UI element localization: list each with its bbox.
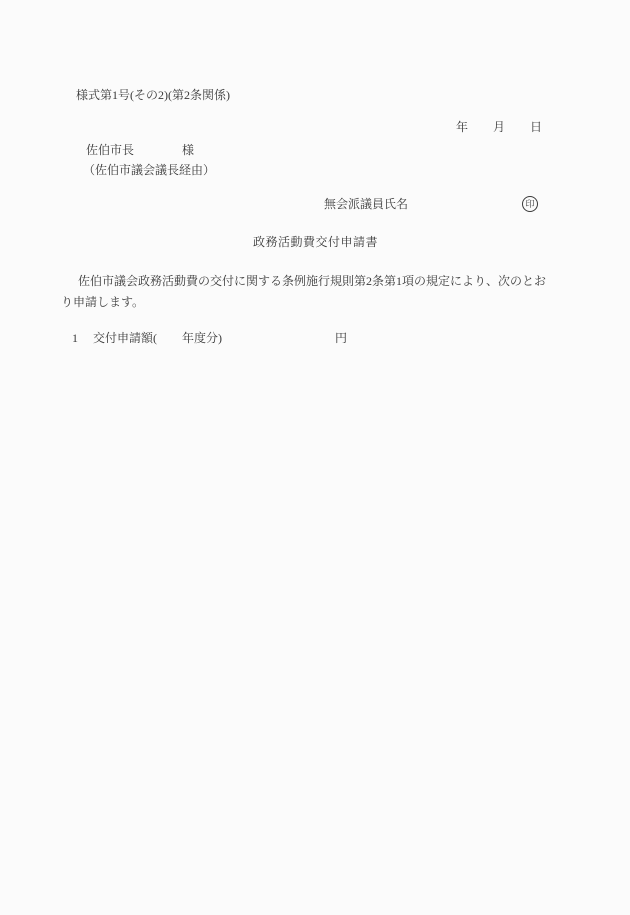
date-line: 年 月 日 xyxy=(456,120,542,134)
addressee-line: 佐伯市長 様 xyxy=(86,143,194,157)
year-label: 年 xyxy=(456,120,468,134)
body-line: 佐伯市議会政務活動費の交付に関する条例施行規則第2条第1項の規定により、次のとお xyxy=(78,274,546,288)
addressee-honorific: 様 xyxy=(182,143,194,157)
item1-year-label: 年度分) xyxy=(182,331,222,345)
seal-character: 印 xyxy=(525,200,534,209)
item1-unit: 円 xyxy=(335,331,347,345)
document-page: 様式第1号(その2)(第2条関係) 年 月 日 佐伯市長 様 （佐伯市議会議長経… xyxy=(0,0,630,915)
month-label: 月 xyxy=(493,120,505,134)
signer-name-label: 無会派議員氏名 xyxy=(324,197,408,211)
day-label: 日 xyxy=(530,120,542,134)
addressee-via: （佐伯市議会議長経由） xyxy=(83,163,215,177)
seal-icon: 印 xyxy=(522,196,538,212)
form-number: 様式第1号(その2)(第2条関係) xyxy=(76,88,230,102)
addressee-name: 佐伯市長 xyxy=(86,143,134,157)
body-line: り申請します。 xyxy=(61,295,144,309)
document-title: 政務活動費交付申請書 xyxy=(253,235,378,249)
item1-label: 交付申請額( xyxy=(93,331,157,345)
item1-number: 1 xyxy=(72,331,78,345)
